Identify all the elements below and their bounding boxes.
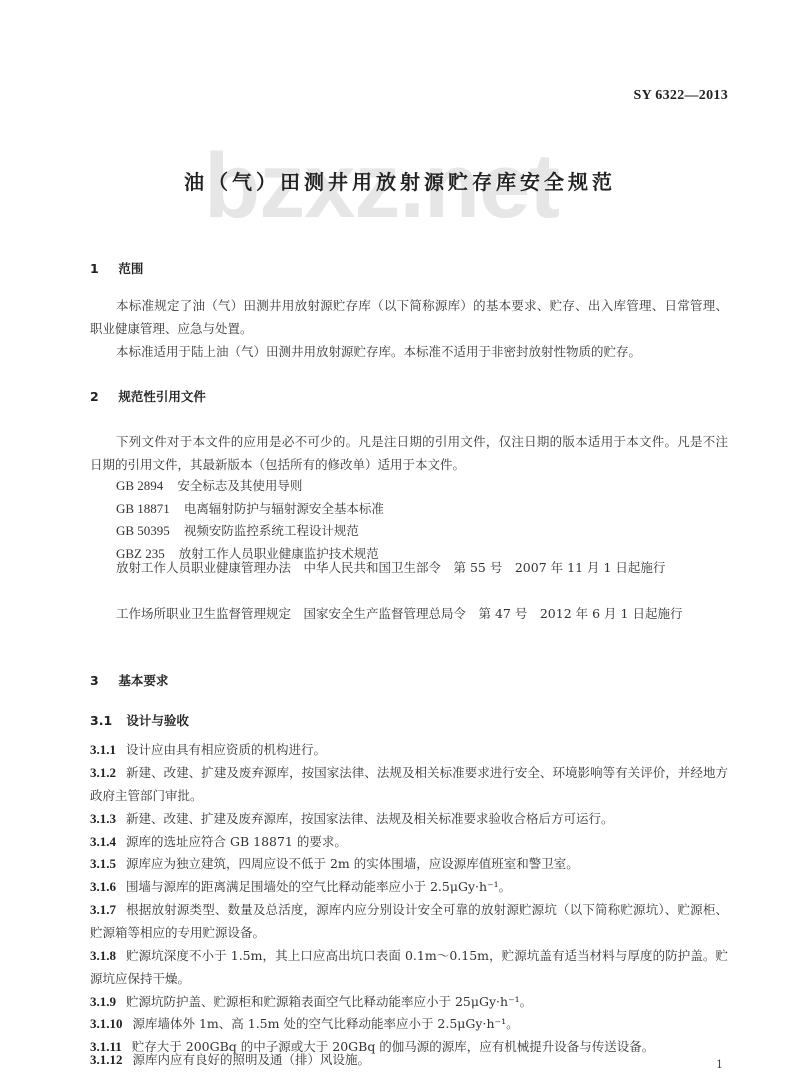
clause-3-1-12: 3.1.12源库内应有良好的照明及通（排）风设施。 — [90, 1048, 728, 1071]
clause-3-1-9: 3.1.9贮源坑防护盖、贮源柜和贮源箱表面空气比释动能率应小于 25μGy·h⁻… — [90, 990, 728, 1013]
reference-item: GB 2894安全标志及其使用导则 — [116, 476, 302, 494]
subsection-title: 设计与验收 — [126, 713, 189, 728]
reference-code: GB 50395 — [116, 523, 170, 539]
clause-3-1-1: 3.1.1设计应由具有相应资质的机构进行。 — [90, 738, 728, 761]
regulation-item: 工作场所职业卫生监督管理规定 国家安全生产监督管理总局令 第 47 号 2012… — [90, 602, 728, 625]
subsection-3-1-heading: 3.1 设计与验收 — [90, 711, 189, 729]
clause-3-1-3: 3.1.3新建、改建、扩建及废弃源库，按国家法律、法规及相关标准要求验收合格后方… — [90, 807, 728, 830]
subsection-number: 3.1 — [90, 713, 122, 728]
section-3-heading: 3 基本要求 — [90, 671, 168, 689]
section-number: 2 — [90, 389, 114, 404]
reference-title: 电离辐射防护与辐射源安全基本标准 — [184, 501, 384, 516]
section-title: 规范性引用文件 — [118, 389, 206, 404]
reference-item: GB 50395视频安防监控系统工程设计规范 — [116, 521, 359, 539]
reference-item: GB 18871电离辐射防护与辐射源安全基本标准 — [116, 499, 384, 517]
section-1-heading: 1 范围 — [90, 259, 143, 277]
reference-code: GB 2894 — [116, 478, 163, 494]
reference-title: 视频安防监控系统工程设计规范 — [184, 523, 359, 538]
section-title: 基本要求 — [118, 673, 168, 688]
standard-code: SY 6322—2013 — [634, 88, 728, 104]
clause-3-1-4: 3.1.4源库的选址应符合 GB 18871 的要求。 — [90, 830, 728, 853]
clause-3-1-10: 3.1.10源库墙体外 1m、高 1.5m 处的空气比释动能率应小于 2.5μG… — [90, 1012, 728, 1035]
section-2-heading: 2 规范性引用文件 — [90, 387, 206, 405]
regulation-item: 放射工作人员职业健康管理办法 中华人民共和国卫生部令 第 55 号 2007 年… — [90, 556, 728, 579]
paragraph: 本标准适用于陆上油（气）田测井用放射源贮存库。本标准不适用于非密封放射性物质的贮… — [90, 340, 728, 363]
page-number: 1 — [716, 1058, 723, 1071]
document-title: 油（气）田测井用放射源贮存库安全规范 — [0, 166, 800, 195]
clause-3-1-7: 3.1.7根据放射源类型、数量及总活度，源库内应分别设计安全可靠的放射源贮源坑（… — [90, 898, 728, 944]
clause-3-1-5: 3.1.5源库应为独立建筑，四周应设不低于 2m 的实体围墙，应设源库值班室和警… — [90, 852, 728, 875]
section-number: 3 — [90, 673, 114, 688]
paragraph: 本标准规定了油（气）田测井用放射源贮存库（以下简称源库）的基本要求、贮存、出入库… — [90, 294, 728, 340]
reference-title: 安全标志及其使用导则 — [177, 478, 302, 493]
section-number: 1 — [90, 261, 114, 276]
paragraph: 下列文件对于本文件的应用是必不可少的。凡是注日期的引用文件，仅注日期的版本适用于… — [90, 430, 728, 476]
reference-code: GB 18871 — [116, 501, 170, 517]
clause-3-1-8: 3.1.8贮源坑深度不小于 1.5m，其上口应高出坑口表面 0.1m～0.15m… — [90, 944, 728, 990]
clause-3-1-6: 3.1.6围墙与源库的距离满足围墙处的空气比释动能率应小于 2.5μGy·h⁻¹… — [90, 875, 728, 898]
clause-3-1-2: 3.1.2新建、改建、扩建及废弃源库，按国家法律、法规及相关标准要求进行安全、环… — [90, 761, 728, 807]
section-title: 范围 — [118, 261, 143, 276]
